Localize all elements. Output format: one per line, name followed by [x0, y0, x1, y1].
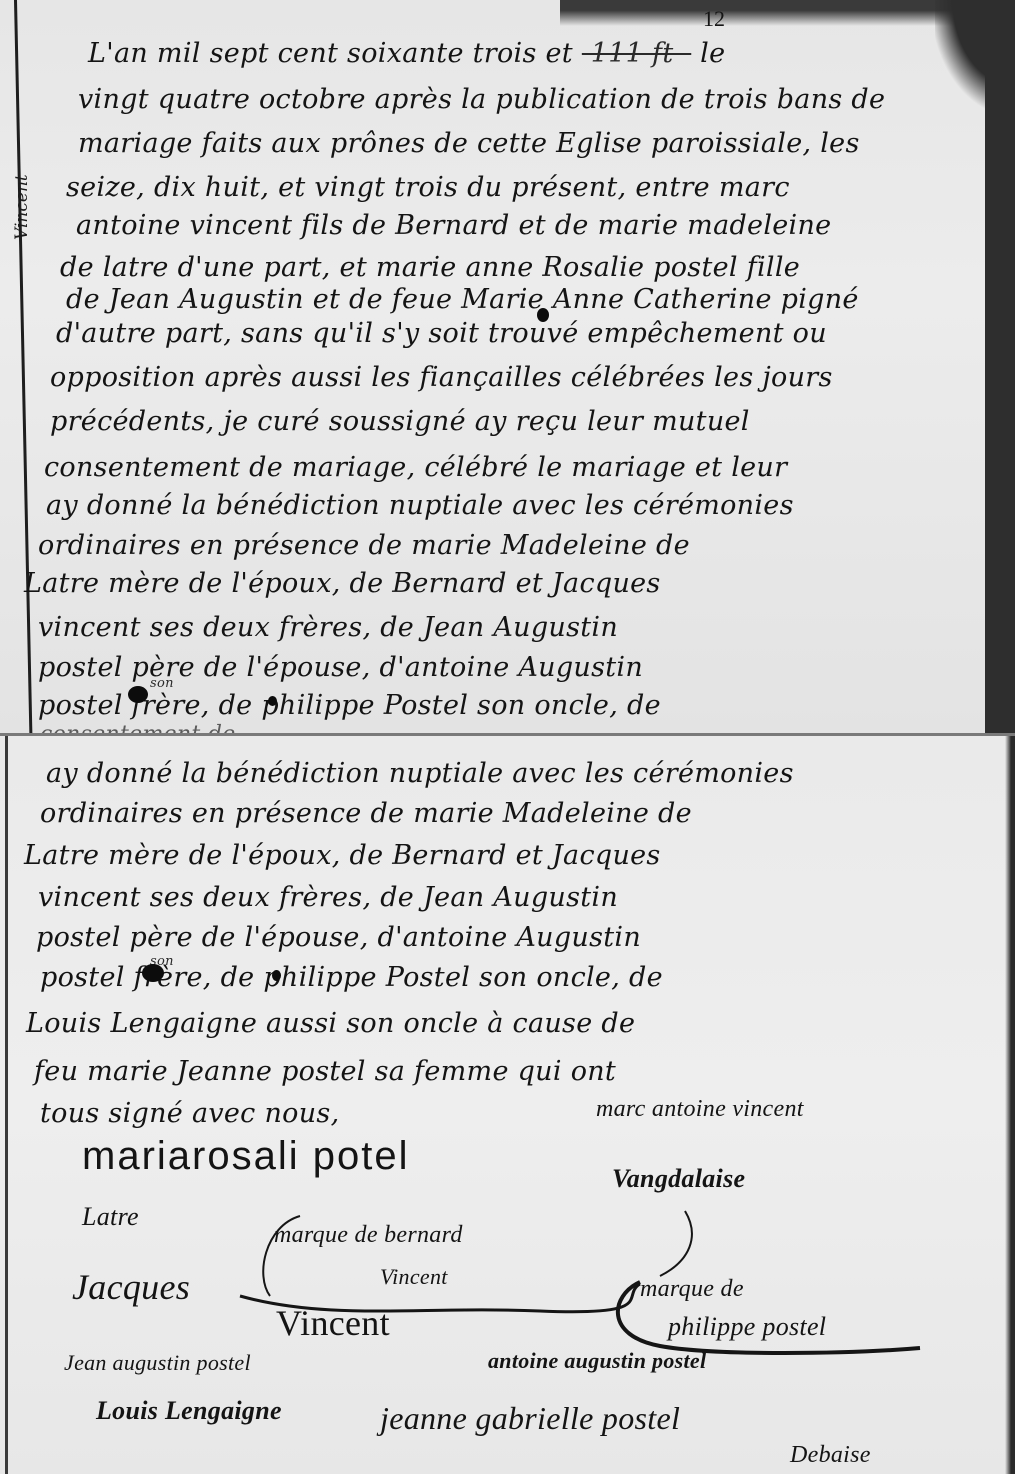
record-line: seize, dix huit, et vingt trois du prése… — [66, 172, 790, 203]
ink-blot — [537, 308, 549, 322]
record-line: antoine vincent fils de Bernard et de ma… — [76, 210, 831, 241]
ink-blot — [128, 686, 148, 703]
scan-strip-top: Vincent 12 L'an mil sept cent soixante t… — [0, 0, 1015, 734]
record-line: d'autre part, sans qu'il s'y soit trouvé… — [56, 318, 827, 349]
record-line: Latre mère de l'époux, de Bernard et Jac… — [24, 568, 661, 599]
record-line: postel père de l'épouse, d'antoine Augus… — [38, 652, 643, 683]
margin-note: Vincent — [12, 174, 32, 240]
record-line: vincent ses deux frères, de Jean Augusti… — [38, 612, 618, 643]
record-line: ay donné la bénédiction nuptiale avec le… — [46, 490, 794, 521]
scan-strip-bottom: ay donné la bénédiction nuptiale avec le… — [0, 736, 1015, 1474]
record-line: consentement de mariage, célébré le mari… — [44, 452, 787, 483]
folio-number: 12 — [703, 6, 725, 32]
record-line: de latre d'une part, et marie anne Rosal… — [60, 252, 800, 283]
ink-blot — [268, 696, 277, 706]
scan-edge-right — [985, 0, 1015, 734]
record-line: L'an mil sept cent soixante trois et 111… — [88, 38, 725, 69]
line-text-end: le — [700, 38, 725, 69]
record-line: de Jean Augustin et de feue Marie Anne C… — [66, 284, 859, 315]
strip-divider — [0, 733, 1015, 736]
record-line: opposition après aussi les fiançailles c… — [50, 362, 833, 393]
signature-flourishes — [0, 736, 1015, 1474]
margin-rule — [14, 0, 32, 734]
record-line: vingt quatre octobre après la publicatio… — [78, 84, 885, 115]
record-line: mariage faits aux prônes de cette Eglise… — [78, 128, 860, 159]
interlinear-note: son — [150, 676, 174, 691]
struck-text: 111 ft — [582, 38, 691, 69]
line-text: L'an mil sept cent soixante trois et — [88, 38, 573, 69]
record-line: précédents, je curé soussigné ay reçu le… — [50, 406, 750, 437]
record-line: ordinaires en présence de marie Madelein… — [38, 530, 690, 561]
